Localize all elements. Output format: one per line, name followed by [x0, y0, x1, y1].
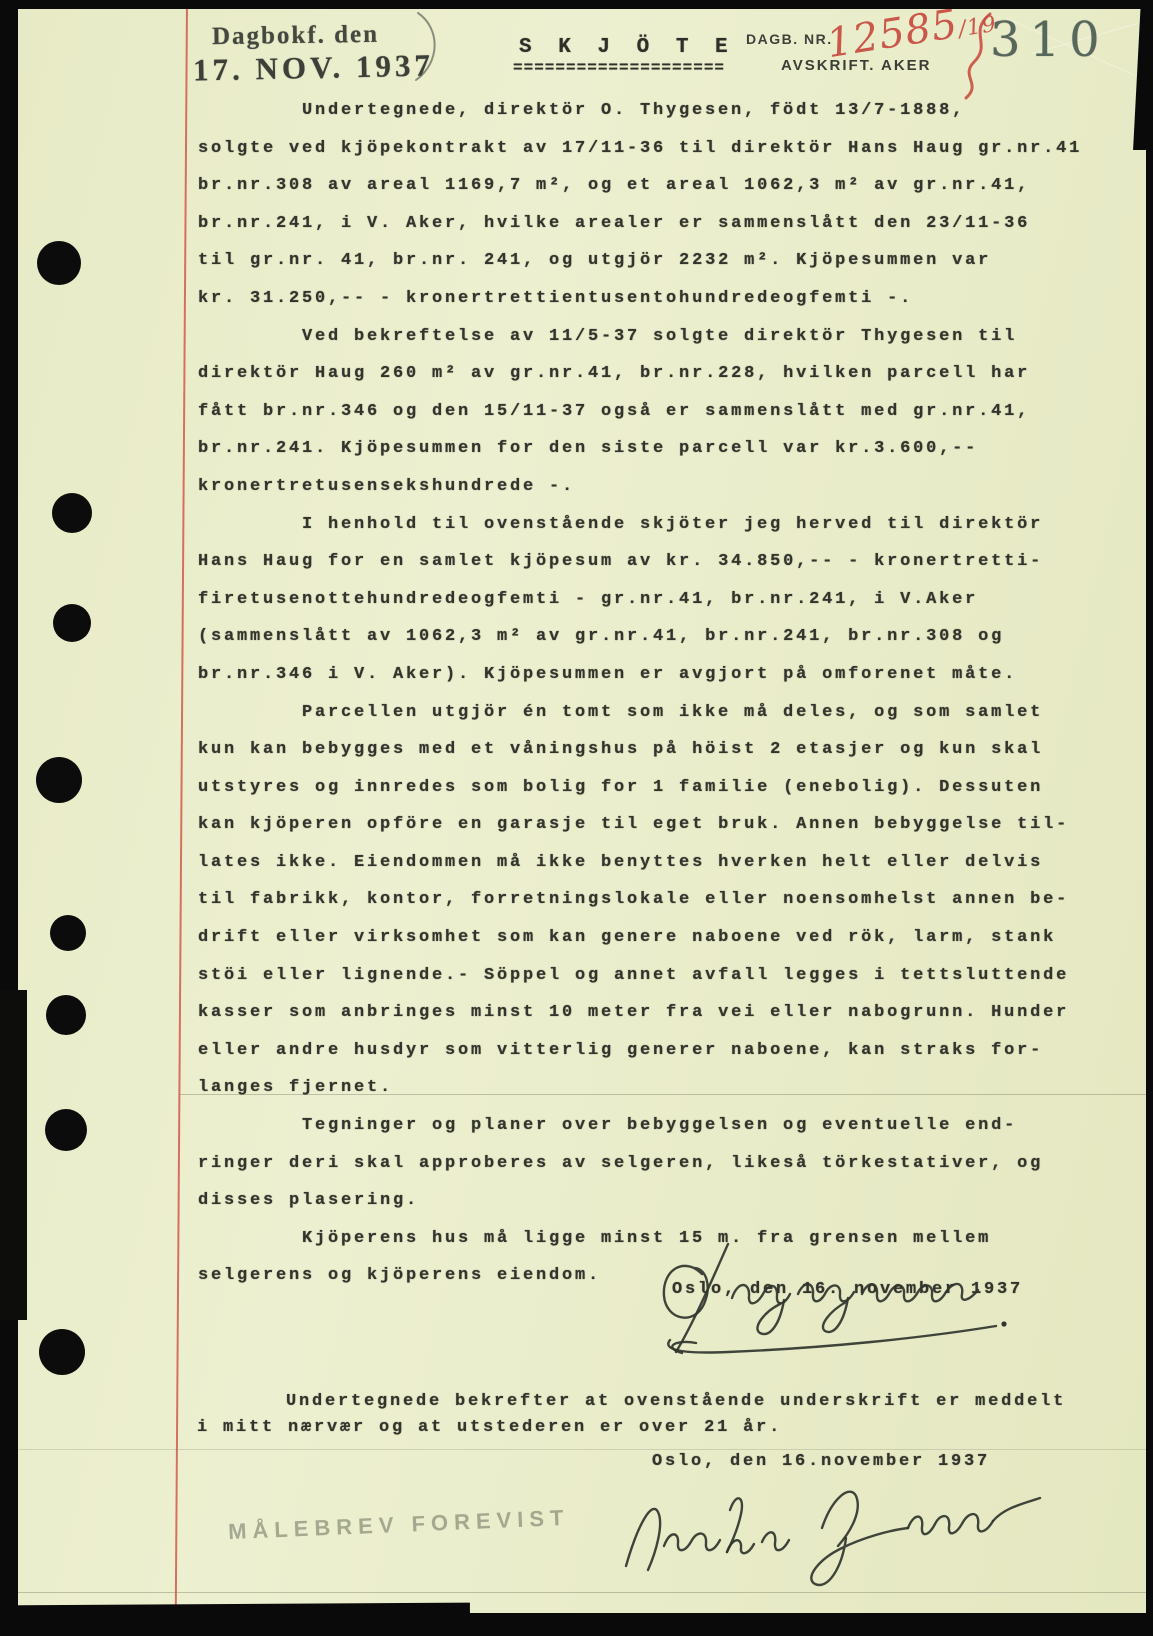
scan-edge-right: [1146, 0, 1153, 1636]
journal-number-label: DAGB. NR.: [746, 31, 833, 47]
document-line: br.nr.346 i V. Aker). Kjöpesummen er avg…: [198, 656, 1108, 694]
punch-hole: [45, 1109, 87, 1151]
attestation-line1: Undertegnede bekrefter at ovenstående un…: [286, 1392, 1066, 1411]
document-line: (sammenslått av 1062,3 m² av gr.nr.41, b…: [198, 618, 1108, 656]
scan-edge-bottom-left: [0, 1603, 470, 1636]
scan-edge-left: [0, 0, 18, 1636]
scanned-deed-page: Dagbokf. den 17. NOV. 1937 S K J Ö T E =…: [0, 0, 1153, 1636]
daybook-date-stamp: 17. NOV. 1937: [193, 47, 435, 88]
daybook-stamp-line1: Dagbokf. den: [212, 21, 379, 51]
punch-hole: [37, 241, 81, 285]
document-line: drift eller virksomhet som kan genere na…: [198, 919, 1108, 957]
scan-edge-left-wide: [0, 990, 27, 1320]
punch-hole: [53, 604, 91, 642]
margin-rule-line: [175, 4, 188, 1614]
punch-hole: [36, 757, 82, 803]
scan-edge-top: [0, 0, 1153, 9]
document-line: Hans Haug for en samlet kjöpesum av kr. …: [198, 543, 1108, 581]
page-number-stamp: 310: [990, 12, 1109, 68]
document-line: utstyres og innredes som bolig for 1 fam…: [198, 769, 1108, 807]
document-line: br.nr.241. Kjöpesummen for den siste par…: [198, 430, 1108, 468]
document-line: langes fjernet.: [198, 1069, 1108, 1107]
document-line: lates ikke. Eiendommen må ikke benyttes …: [198, 844, 1108, 882]
signature-witness: [606, 1466, 1061, 1601]
punch-hole: [50, 915, 86, 951]
paper-crease: [0, 1449, 1153, 1450]
survey-certificate-stamp: MÅLEBREV FOREVIST: [228, 1505, 570, 1545]
title-underline: ====================: [513, 59, 725, 77]
document-line: direktör Haug 260 m² av gr.nr.41, br.nr.…: [198, 355, 1108, 393]
document-line: til gr.nr. 41, br.nr. 241, og utgjör 223…: [198, 242, 1108, 280]
document-line: I henhold til ovenstående skjöter jeg he…: [198, 506, 1108, 544]
document-line: ringer deri skal approberes av selgeren,…: [198, 1145, 1108, 1183]
document-line: til fabrikk, kontor, forretningslokale e…: [198, 881, 1108, 919]
document-line: fått br.nr.346 og den 15/11-37 også er s…: [198, 393, 1108, 431]
document-line: br.nr.241, i V. Aker, hvilke arealer er …: [198, 205, 1108, 243]
document-line: Ved bekreftelse av 11/5-37 solgte direkt…: [198, 318, 1108, 356]
document-line: Parcellen utgjör én tomt som ikke må del…: [198, 694, 1108, 732]
document-line: stöi eller lignende.- Söppel og annet av…: [198, 957, 1108, 995]
document-line: solgte ved kjöpekontrakt av 17/11-36 til…: [198, 130, 1108, 168]
document-line: Tegninger og planer over bebyggelsen og …: [198, 1107, 1108, 1145]
pen-mark-arc: [410, 10, 450, 88]
document-line: Undertegnede, direktör O. Thygesen, födt…: [198, 92, 1108, 130]
document-line: kan kjöperen opföre en garasje til eget …: [198, 806, 1108, 844]
document-line: kasser som anbringes minst 10 meter fra …: [198, 994, 1108, 1032]
document-line: kun kan bebygges med et våningshus på hö…: [198, 731, 1108, 769]
punch-hole: [39, 1329, 85, 1375]
punch-hole: [52, 493, 92, 533]
document-title: S K J Ö T E: [519, 36, 735, 59]
document-line: kronertretusensekshundrede -.: [198, 468, 1108, 506]
document-line: disses plasering.: [198, 1182, 1108, 1220]
deed-body-text: Undertegnede, direktör O. Thygesen, födt…: [198, 92, 1108, 1295]
signature-seller: [636, 1240, 1036, 1358]
punch-hole: [46, 995, 86, 1035]
document-line: kr. 31.250,-- - kronertrettientusentohun…: [198, 280, 1108, 318]
document-line: firetusenottehundredeogfemti - gr.nr.41,…: [198, 581, 1108, 619]
document-line: br.nr.308 av areal 1169,7 m², og et area…: [198, 167, 1108, 205]
attestation-line2: i mitt nærvær og at utstederen er over 2…: [197, 1418, 782, 1437]
document-line: eller andre husdyr som vitterlig generer…: [198, 1032, 1108, 1070]
